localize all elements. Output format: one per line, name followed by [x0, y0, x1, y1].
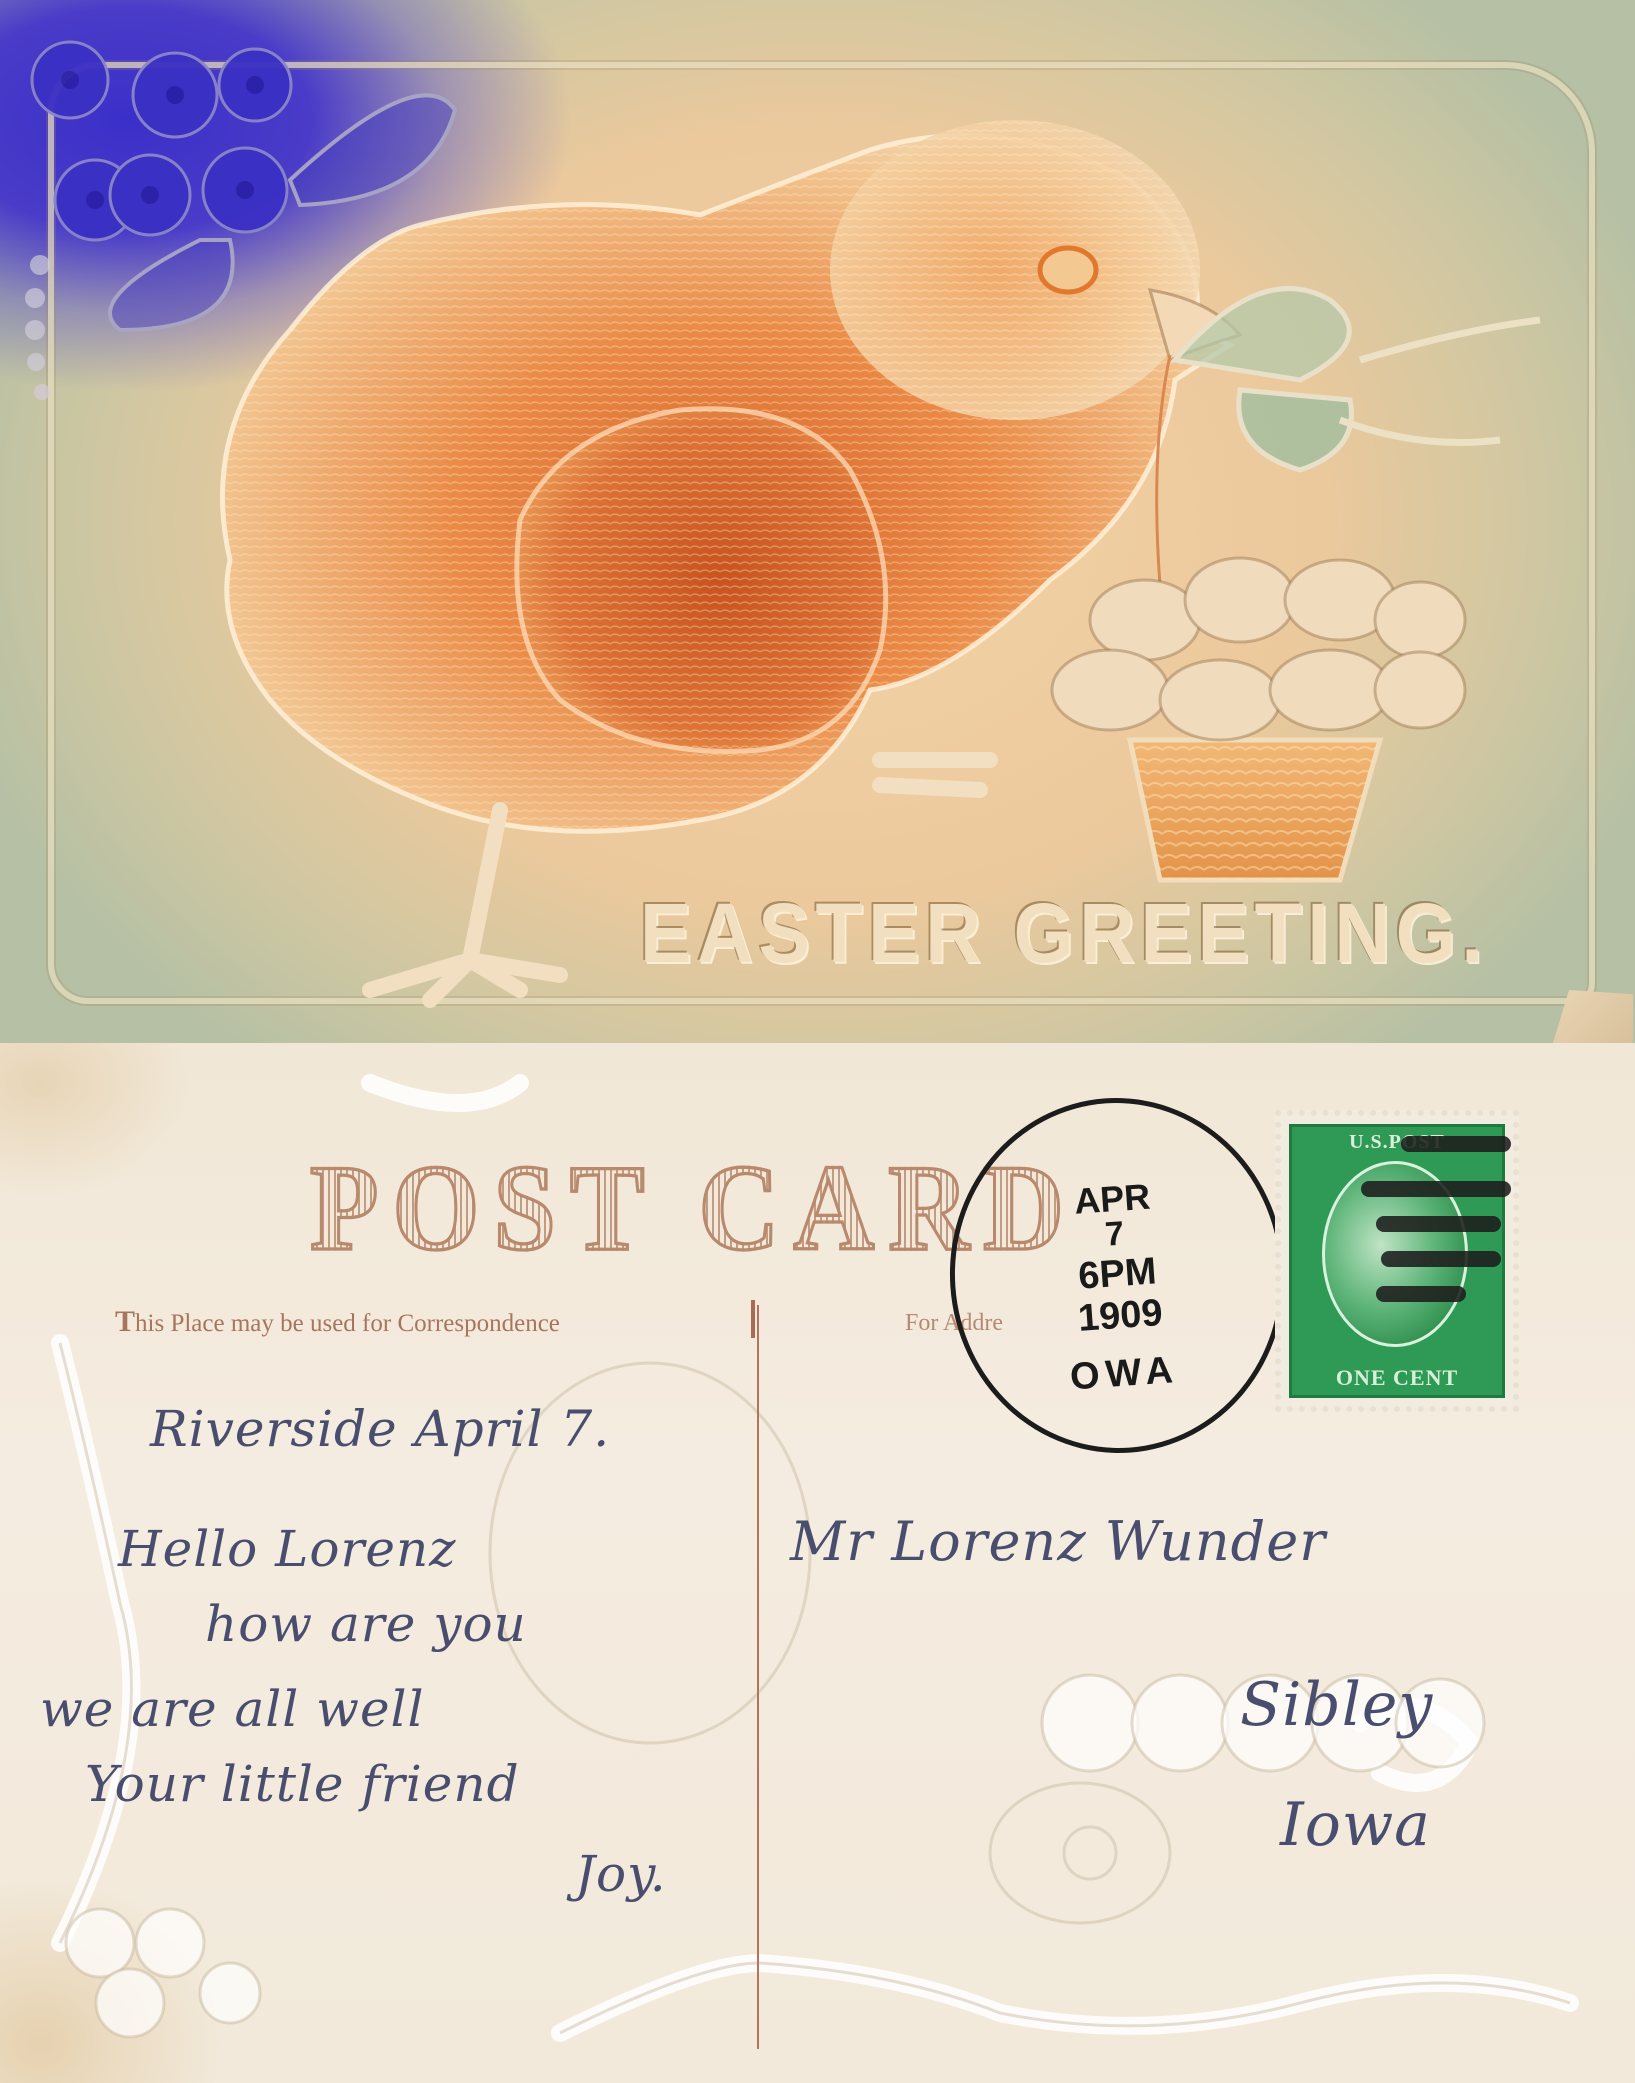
- message-signature: Joy.: [575, 1845, 667, 1903]
- cancel-bar: [1381, 1251, 1501, 1267]
- message-line: Your little friend: [85, 1755, 520, 1813]
- address-state: Iowa: [1280, 1790, 1431, 1860]
- easter-greeting-text: EASTER GREETING.: [640, 885, 1496, 985]
- cancel-bar: [1401, 1136, 1511, 1152]
- green-bow: [1157, 289, 1540, 585]
- correspondence-label-initial: T: [115, 1305, 135, 1338]
- stamp-denomination: ONE CENT: [1292, 1365, 1502, 1391]
- cancel-bar: [1376, 1216, 1501, 1232]
- cancel-bar: [1361, 1181, 1511, 1197]
- address-name: Mr Lorenz Wunder: [790, 1510, 1326, 1573]
- postmark-state: OWA: [961, 1341, 1288, 1407]
- postage-stamp: U.S.POST ONE CENT: [1275, 1110, 1519, 1412]
- message-line: Hello Lorenz: [118, 1520, 457, 1578]
- divider-notch: [751, 1300, 755, 1338]
- message-line: how are you: [205, 1595, 527, 1653]
- address-city: Sibley: [1240, 1670, 1433, 1740]
- chick: [223, 120, 1241, 1000]
- cancel-bar: [1376, 1286, 1466, 1302]
- message-line: we are all well: [40, 1680, 425, 1738]
- correspondence-label-text: his Place may be used for Correspondence: [135, 1310, 560, 1337]
- center-divider-line: [757, 1305, 759, 2049]
- egg-basket: [1052, 558, 1465, 880]
- postcard-front: EASTER GREETING.: [0, 0, 1635, 1043]
- message-line: Riverside April 7.: [150, 1400, 610, 1458]
- correspondence-label: This Place may be used for Correspondenc…: [115, 1305, 560, 1339]
